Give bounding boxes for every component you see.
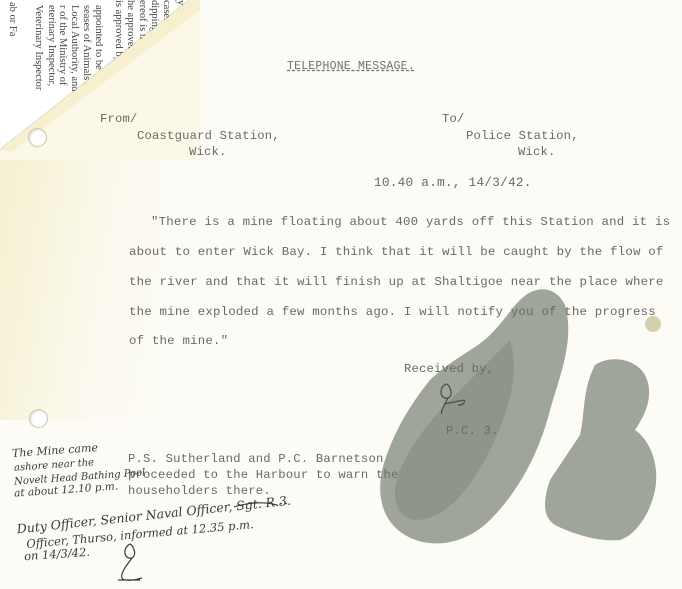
document-page: ab or Fa appointed to be seases of Anima… [0,0,682,589]
received-by-label: Received by, [404,362,494,376]
overlay-text: seases of Animals Ac [81,5,92,95]
overlay-text: he approved [125,0,136,52]
overlay-text: appointed to be [93,5,104,70]
initials-signature [110,540,150,585]
handwritten-flourish [232,495,292,515]
action-line: proceeded to the Harbour to warn the [128,468,399,482]
document-title: TELEPHONE MESSAGE. [287,60,415,73]
overlay-text: y of [175,0,186,17]
from-location: Wick. [189,145,227,159]
overlay-text: ereof is not [137,0,148,47]
receiver-signature [434,378,474,418]
message-line: about to enter Wick Bay. I think that it… [129,245,664,259]
punch-hole [28,128,47,147]
overlay-text: dipping [149,0,160,32]
overlay-text: Local Authority, and [69,5,80,92]
message-line: the river and that it will finish up at … [129,275,664,289]
message-line: "There is a mine floating about 400 yard… [151,215,670,229]
overlay-text: r of the Ministry of [57,5,68,86]
overlay-text: cases w [161,0,172,32]
overlay-text: is approved by [113,0,124,62]
to-location: Wick. [518,145,556,159]
overlay-text: eterinary Inspector, [46,5,57,86]
message-line: of the mine." [129,334,228,348]
water-stain [370,280,682,589]
message-line: the mine exploded a few months ago. I wi… [129,305,656,319]
to-label: To/ [442,112,465,126]
to-recipient: Police Station, [466,129,579,143]
overlay-text: ab or Fa [7,2,18,36]
punch-hole [29,409,48,428]
message-timestamp: 10.40 a.m., 14/3/42. [374,175,532,190]
from-sender: Coastguard Station, [137,129,280,143]
overlay-text: Veterinary Inspector [33,5,44,90]
action-line: P.S. Sutherland and P.C. Barnetson [128,452,383,466]
from-label: From/ [100,112,138,126]
receiver-id: P.C. 3. [446,424,499,438]
